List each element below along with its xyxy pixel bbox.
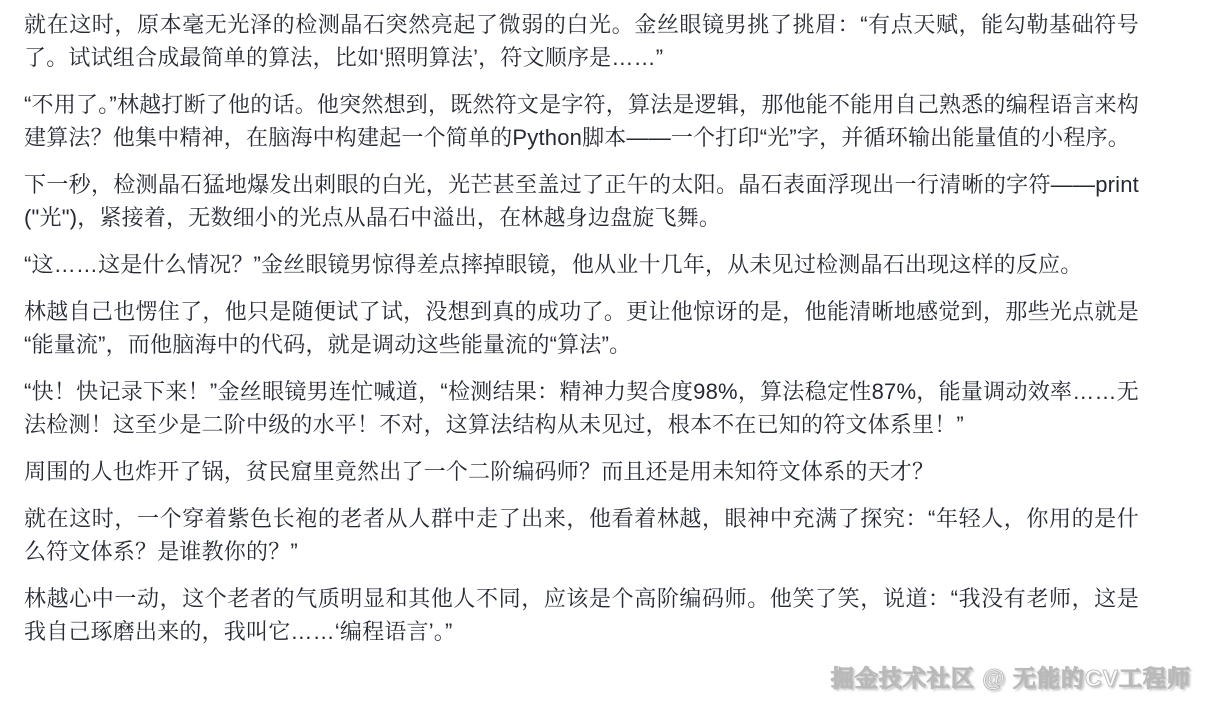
paragraph: “不用了。”林越打断了他的话。他突然想到，既然符文是字符，算法是逻辑，那他能不能… xyxy=(24,88,1139,154)
paragraph: 下一秒，检测晶石猛地爆发出刺眼的白光，光芒甚至盖过了正午的太阳。晶石表面浮现出一… xyxy=(24,168,1139,234)
paragraph: 林越自己也愣住了，他只是随便试了试，没想到真的成功了。更让他惊讶的是，他能清晰地… xyxy=(24,295,1139,361)
paragraph: 周围的人也炸开了锅，贫民窟里竟然出了一个二阶编码师？而且还是用未知符文体系的天才… xyxy=(24,455,1139,488)
paragraph: 林越心中一动，这个老者的气质明显和其他人不同，应该是个高阶编码师。他笑了笑，说道… xyxy=(24,582,1139,648)
paragraph: 就在这时，原本毫无光泽的检测晶石突然亮起了微弱的白光。金丝眼镜男挑了挑眉：“有点… xyxy=(24,8,1139,74)
watermark: 掘金技术社区 @ 无能的CV工程师 xyxy=(831,660,1191,693)
article-body: 就在这时，原本毫无光泽的检测晶石突然亮起了微弱的白光。金丝眼镜男挑了挑眉：“有点… xyxy=(0,0,1215,648)
paragraph: “这……这是什么情况？”金丝眼镜男惊得差点摔掉眼镜，他从业十几年，从未见过检测晶… xyxy=(24,248,1139,281)
paragraph: “快！快记录下来！”金丝眼镜男连忙喊道，“检测结果：精神力契合度98%，算法稳定… xyxy=(24,375,1139,441)
paragraph: 就在这时，一个穿着紫色长袍的老者从人群中走了出来，他看着林越，眼神中充满了探究：… xyxy=(24,502,1139,568)
